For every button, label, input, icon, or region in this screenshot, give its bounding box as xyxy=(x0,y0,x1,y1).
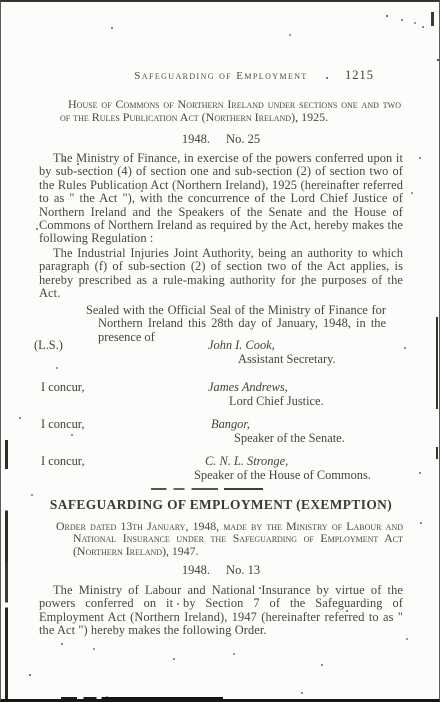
regulation-paragraph-1: The Ministry of Finance, in exercise of … xyxy=(39,152,403,246)
order-heading: Order dated 13th January, 1948, made by … xyxy=(56,520,403,557)
order-title: SAFEGUARDING OF EMPLOYMENT (EXEMPTION) xyxy=(21,497,421,513)
order-year: 1948. xyxy=(182,563,210,577)
signature-name: John I. Cook, xyxy=(208,338,275,353)
signature-row-concur-1: I concur, James Andrews, Lord Chief Just… xyxy=(1,380,440,412)
concur-label: I concur, xyxy=(41,417,85,432)
regulation-number-line: 1948.No. 25 xyxy=(39,132,403,147)
order-number: No. 13 xyxy=(226,563,260,577)
regulation-year: 1948. xyxy=(182,132,210,146)
section-divider xyxy=(151,488,263,490)
statutory-authority-heading: House of Commons of Northern Ireland und… xyxy=(60,98,401,123)
order-paragraph-1: The Ministry of Labour and National Insu… xyxy=(39,584,403,638)
signature-title: Speaker of the Senate. xyxy=(234,431,345,446)
concur-label: I concur, xyxy=(41,380,85,395)
signature-row-seal: (L.S.) John I. Cook, Assistant Secretary… xyxy=(1,338,440,370)
order-number-line: 1948.No. 13 xyxy=(39,563,403,578)
signature-title: Assistant Secretary. xyxy=(238,352,336,367)
seal-mark: (L.S.) xyxy=(34,338,63,353)
scan-artifact-top-right xyxy=(431,12,434,26)
signature-row-concur-3: I concur, C. N. L. Stronge, Speaker of t… xyxy=(1,454,440,486)
signature-name: C. N. L. Stronge, xyxy=(205,454,288,469)
signature-name: Bangor, xyxy=(211,417,250,432)
concur-label: I concur, xyxy=(41,454,85,469)
regulation-paragraph-2: The Industrial Injuries Joint Authority,… xyxy=(39,247,403,301)
scan-artifact-bottom-line xyxy=(61,697,223,700)
signature-name: James Andrews, xyxy=(208,380,288,395)
page-number: 1215 xyxy=(345,68,374,83)
document-page: Safeguarding of Employment 1215 House of… xyxy=(0,0,440,702)
signature-title: Speaker of the House of Commons. xyxy=(194,468,371,483)
signature-title: Lord Chief Justice. xyxy=(229,394,324,409)
scan-speckles xyxy=(1,2,3,4)
regulation-number: No. 25 xyxy=(226,132,260,146)
signature-row-concur-2: I concur, Bangor, Speaker of the Senate. xyxy=(1,417,440,449)
